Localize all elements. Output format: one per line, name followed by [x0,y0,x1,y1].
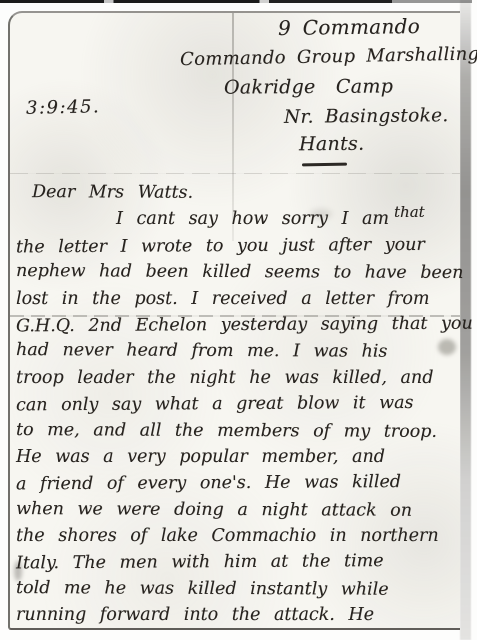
scanned-letter-page: 9 Commando Commando Group Marshallinglaw… [0,0,477,640]
letter-date: 3:9:45. [26,96,101,119]
letter-body-line: the shores of lake Commachio in northern [16,526,460,552]
letter-body-line: G.H.Q. 2nd Echelon yesterday saying that… [16,314,460,343]
opening-text: I cant say how sorry I am [116,209,389,229]
header-unit-line: 9 Commando [278,14,420,40]
inserted-word-above-line: that [394,203,425,221]
letter-opening-line: I cant say how sorry I amthat [116,209,460,235]
letter-body-line: had never heard from me. I was his [16,340,460,368]
letter-body-line: told me he was killed instantly while [16,578,460,606]
header-address-line-2: Oakridge Camp [224,75,393,98]
letter-body-line: the letter I wrote to you just after you… [16,234,460,263]
letter-body-line: Italy. The men with him at the time [16,551,460,580]
header-address-line-4: Hants. [299,133,365,156]
letter-body-line: He was a very popular member, and [16,447,460,473]
letter-body-line: nephew had been killed seems to have bee… [16,261,460,289]
letter-body-line: lost in the post. I received a letter fr… [16,289,460,315]
letter-body-line: a friend of every one's. He was killed [16,472,460,501]
letter-body-line: to me, and all the members of my troop. [16,420,460,448]
letter-body-line: when we were doing a night attack on [16,499,460,527]
scan-top-edge [0,0,472,3]
hants-underline [302,163,347,167]
letter-body: Dear Mrs Watts. I cant say how sorry I a… [16,183,460,632]
letter-body-line: can only say what a great blow it was [16,393,460,422]
header-address-line-1: Commando Group Marshallinglaw [180,43,477,70]
header-address-line-3: Nr. Basingstoke. [284,105,449,128]
horizontal-fold-crease-upper [10,173,460,174]
letter-paper: 9 Commando Commando Group Marshallinglaw… [8,11,460,630]
letter-body-line: running forward into the attack. He [16,605,460,631]
letter-body-line: troop leader the night he was killed, an… [16,368,460,394]
